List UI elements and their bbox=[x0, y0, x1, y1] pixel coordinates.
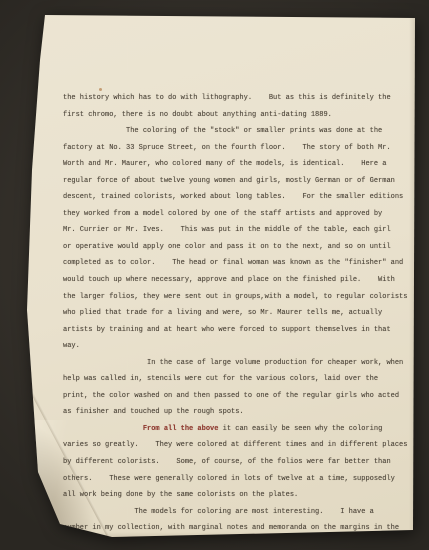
text-line: varies so greatly. They were colored at … bbox=[63, 437, 408, 454]
text-line: The models for coloring are most interes… bbox=[63, 504, 408, 521]
text-line: help was called in, stencils were cut fo… bbox=[63, 371, 408, 388]
text-line: completed as to color. The head or final… bbox=[63, 255, 408, 272]
text-line: print, the color washed on and then pass… bbox=[63, 388, 408, 405]
indent-spaces bbox=[63, 425, 143, 433]
paper-right-edge-shadow bbox=[409, 15, 419, 537]
line-remainder: it can easily be seen why the coloring bbox=[218, 425, 382, 433]
text-line: others. These were generally colored in … bbox=[63, 471, 408, 488]
text-line: From all the above it can easily be seen… bbox=[63, 421, 408, 438]
text-line: artists by training and at heart who wer… bbox=[63, 322, 408, 339]
text-line: by different colorists. Some, of course,… bbox=[63, 454, 408, 471]
text-line: Worth and Mr. Maurer, who colored many o… bbox=[63, 156, 408, 173]
text-line: number in my collection, with marginal n… bbox=[63, 520, 408, 537]
document-page: the history which has to do with lithogr… bbox=[0, 0, 429, 550]
red-ink-phrase: From all the above bbox=[143, 425, 219, 433]
text-line: way. bbox=[63, 338, 408, 355]
text-line: regular force of about twelve young wome… bbox=[63, 173, 408, 190]
text-line: Mr. Currier or Mr. Ives. This was put in… bbox=[63, 222, 408, 239]
text-line: descent, trained colorists, worked about… bbox=[63, 189, 408, 206]
photo-backdrop: the history which has to do with lithogr… bbox=[0, 0, 429, 550]
text-line: factory at No. 33 Spruce Street, on the … bbox=[63, 140, 408, 157]
text-line: or operative would apply one color and p… bbox=[63, 239, 408, 256]
page-curl-highlight bbox=[22, 420, 68, 540]
text-line: the history which has to do with lithogr… bbox=[63, 90, 408, 107]
typewritten-text: the history which has to do with lithogr… bbox=[63, 90, 408, 537]
text-line: In the case of large volume production f… bbox=[63, 355, 408, 372]
text-line: The coloring of the "stock" or smaller p… bbox=[63, 123, 408, 140]
document-page-wrapper: the history which has to do with lithogr… bbox=[0, 0, 429, 550]
text-line: would touch up where necessary, approve … bbox=[63, 272, 408, 289]
text-line: all work being done by the same colorist… bbox=[63, 487, 408, 504]
text-line: as finisher and touched up the rough spo… bbox=[63, 404, 408, 421]
text-line: they worked from a model colored by one … bbox=[63, 206, 408, 223]
text-line: first chromo, there is no doubt about an… bbox=[63, 107, 408, 124]
text-line: the larger folios, they were sent out in… bbox=[63, 289, 408, 306]
text-line: who plied that trade for a living and we… bbox=[63, 305, 408, 322]
